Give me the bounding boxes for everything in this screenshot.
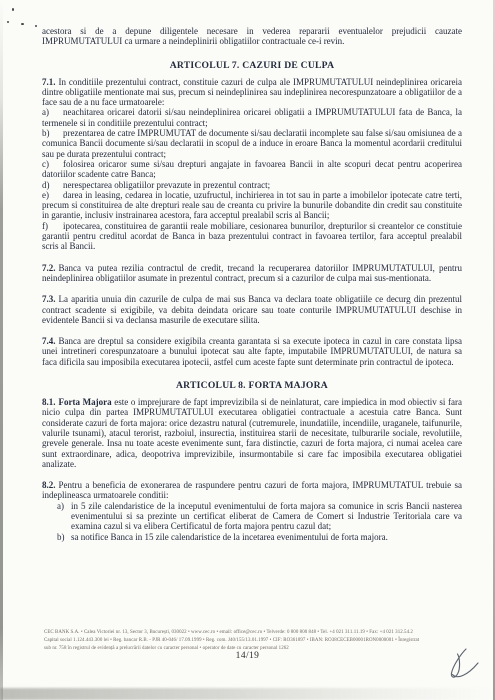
culpa-item-b: b)prezentarea de catre IMPRUMUTAT de doc…	[42, 128, 462, 159]
culpa-item-f-text: ipotecarea, constituirea de garantii rea…	[42, 221, 462, 252]
forta-majora-item-a-letter: a)	[57, 501, 71, 511]
paragraph-8-1-lead: Forta Majora	[59, 397, 112, 407]
forta-majora-item-b: b)sa notifice Banca in 15 zile calendari…	[42, 532, 462, 542]
contract-text: acestora si de a depune diligentele nece…	[42, 26, 462, 542]
paragraph-8-2-text: Pentru a beneficia de exonerarea de rasp…	[42, 480, 462, 500]
paragraph-8-2-label: 8.2.	[42, 480, 56, 490]
culpa-item-a-letter: a)	[42, 107, 63, 117]
culpa-item-e: e)darea in leasing, cedarea in locatie, …	[42, 190, 462, 221]
paragraph-7-1-text: In conditiile prezentului contract, cons…	[42, 77, 462, 108]
culpa-item-d: d)nerespectarea obligatiilor prevazute i…	[42, 180, 462, 190]
article-8-heading: ARTICOLUL 8. FORTA MAJORA	[42, 380, 462, 391]
culpa-item-b-text: prezentarea de catre IMPRUMUTAT de docum…	[42, 128, 462, 159]
culpa-item-a: a)neachitarea oricarei datorii si/sau ne…	[42, 107, 462, 128]
scan-artifact	[7, 21, 9, 23]
forta-majora-item-b-letter: b)	[57, 532, 71, 542]
scan-edge-bottom	[0, 688, 495, 700]
culpa-item-b-letter: b)	[42, 128, 63, 138]
scan-artifact	[35, 25, 37, 27]
forta-majora-item-a: a)in 5 zile calendaristice de la inceput…	[42, 501, 462, 532]
culpa-item-c-text: folosirea oricaror sume si/sau drepturi …	[42, 159, 462, 179]
document-page: acestora si de a depune diligentele nece…	[0, 0, 495, 700]
bank-footer: CEC BANK S.A. • Calea Victoriei nr. 13, …	[44, 629, 494, 653]
footer-line-2: Capital social 1.124.443.300 lei • Reg. …	[44, 637, 494, 645]
paragraph-7-1-label: 7.1.	[42, 77, 56, 87]
culpa-item-a-text: neachitarea oricarei datorii si/sau nein…	[42, 107, 462, 127]
culpa-item-d-text: nerespectarea obligatiilor prevazute in …	[63, 180, 270, 190]
paragraph-7-3: 7.3.La aparitia unuia din cazurile de cu…	[42, 294, 462, 325]
footer-line-1: CEC BANK S.A. • Calea Victoriei nr. 13, …	[44, 629, 494, 637]
forta-majora-item-b-text: sa notifice Banca in 15 zile calendarist…	[71, 532, 388, 542]
culpa-item-c: c)folosirea oricaror sume si/sau dreptur…	[42, 159, 462, 180]
scan-artifact	[12, 8, 14, 11]
paragraph-7-3-label: 7.3.	[42, 294, 56, 304]
culpa-item-c-letter: c)	[42, 159, 63, 169]
scan-artifact	[21, 23, 24, 25]
intro-paragraph: acestora si de a depune diligentele nece…	[42, 26, 462, 47]
paragraph-7-1: 7.1.In conditiile prezentului contract, …	[42, 77, 462, 108]
paragraph-7-4: 7.4.Banca are dreptul sa considere exigi…	[42, 336, 462, 367]
article-7-heading: ARTICOLUL 7. CAZURI DE CULPA	[42, 60, 462, 71]
culpa-item-f: f)ipotecarea, constituirea de garantii r…	[42, 221, 462, 252]
paragraph-8-1-label: 8.1.	[42, 397, 56, 407]
intro-text: acestora si de a depune diligentele nece…	[42, 26, 462, 46]
page-number: 14/19	[0, 651, 495, 661]
culpa-item-d-letter: d)	[42, 180, 63, 190]
forta-majora-item-a-text: in 5 zile calendaristice de la inceputul…	[71, 501, 462, 532]
signature-mark	[436, 645, 482, 685]
paragraph-7-2-label: 7.2.	[42, 263, 56, 273]
culpa-item-e-text: darea in leasing, cedarea in locatie, uz…	[42, 190, 462, 221]
paragraph-8-2: 8.2.Pentru a beneficia de exonerarea de …	[42, 480, 462, 501]
paragraph-8-1: 8.1.Forta Majora este o imprejurare de f…	[42, 397, 462, 469]
paragraph-7-3-text: La aparitia unuia din cazurile de culpa …	[42, 294, 462, 325]
culpa-item-f-letter: f)	[42, 221, 63, 231]
paragraph-7-4-text: Banca are dreptul sa considere exigibila…	[42, 336, 462, 367]
paragraph-7-2: 7.2.Banca va putea rezilia contractul de…	[42, 263, 462, 284]
paragraph-8-1-text: este o imprejurare de fapt imprevizibila…	[42, 397, 462, 469]
paragraph-7-2-text: Banca va putea rezilia contractul de cre…	[42, 263, 462, 283]
paragraph-7-4-label: 7.4.	[42, 336, 56, 346]
culpa-item-e-letter: e)	[42, 190, 63, 200]
scan-edge-left	[0, 0, 3, 700]
